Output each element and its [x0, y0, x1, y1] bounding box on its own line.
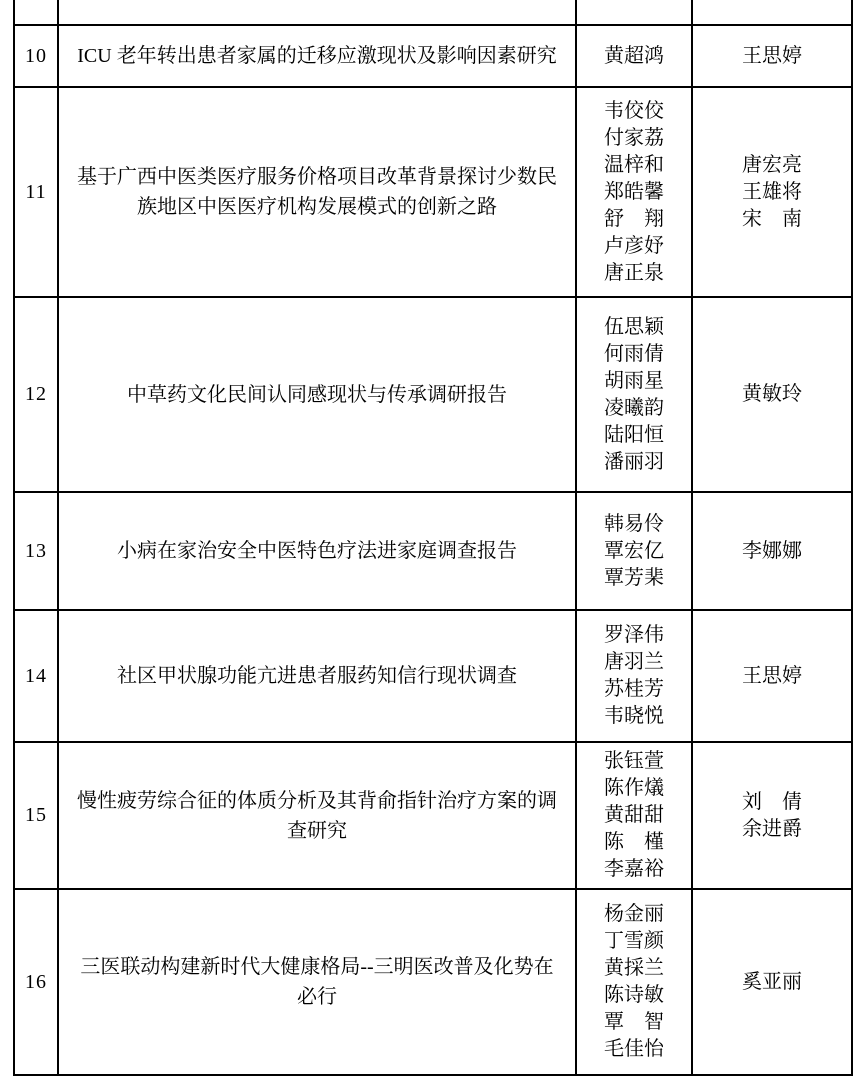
- row-number: 16: [25, 971, 47, 993]
- name-line: 王思婷: [693, 663, 851, 690]
- members-cell: 张钰萱陈作燨黄甜甜陈 槿李嘉裕: [576, 742, 692, 889]
- name-line: 奚亚丽: [693, 969, 851, 996]
- table-row: 16 三医联动构建新时代大健康格局--三明医改普及化势在必行 杨金丽丁雪颜黄採兰…: [14, 889, 852, 1075]
- name-line: 舒 翔: [577, 206, 691, 233]
- name-line: 苏桂芳: [577, 676, 691, 703]
- advisor-names: 李娜娜: [693, 538, 851, 565]
- name-line: 李嘉裕: [577, 856, 691, 883]
- table-row: 13 小病在家治安全中医特色疗法进家庭调查报告 韩易伶覃宏亿覃芳棐 李娜娜: [14, 492, 852, 610]
- name-line: 黄敏玲: [693, 381, 851, 408]
- member-names: 杨金丽丁雪颜黄採兰陈诗敏覃 智毛佳怡: [577, 901, 691, 1063]
- name-line: 唐羽兰: [577, 649, 691, 676]
- advisor-names: 唐宏亮王雄将宋 南: [693, 152, 851, 233]
- name-line: 陈作燨: [577, 775, 691, 802]
- name-line: 覃 智: [577, 1009, 691, 1036]
- title-cell: 小病在家治安全中医特色疗法进家庭调查报告: [58, 492, 576, 610]
- title-cell: 基于广西中医类医疗服务价格项目改革背景探讨少数民族地区中医医疗机构发展模式的创新…: [58, 87, 576, 297]
- name-line: 罗泽伟: [577, 622, 691, 649]
- table-row: 10 ICU 老年转出患者家属的迁移应激现状及影响因素研究 黄超鸿 王思婷: [14, 25, 852, 87]
- members-cell: 韦佼佼付家荔温梓和郑皓馨舒 翔卢彦妤唐正泉: [576, 87, 692, 297]
- table-row: 14 社区甲状腺功能亢进患者服药知信行现状调查 罗泽伟唐羽兰苏桂芳韦晓悦 王思婷: [14, 610, 852, 742]
- name-line: 韦佼佼: [577, 98, 691, 125]
- name-line: 凌曦韵: [577, 395, 691, 422]
- row-number-cell: 11: [14, 87, 58, 297]
- name-line: 伍思颖: [577, 314, 691, 341]
- name-line: 宋 南: [693, 206, 851, 233]
- row-number: 15: [25, 804, 47, 826]
- name-line: 王雄将: [693, 179, 851, 206]
- members-cell: 韩易伶覃宏亿覃芳棐: [576, 492, 692, 610]
- name-line: 何雨倩: [577, 341, 691, 368]
- member-names: 韩易伶覃宏亿覃芳棐: [577, 511, 691, 592]
- member-names: 黄超鸿: [577, 43, 691, 70]
- advisor-cell: 李娜娜: [692, 492, 852, 610]
- row-number: 14: [25, 665, 47, 687]
- name-line: 付家荔: [577, 125, 691, 152]
- advisor-cell: 唐宏亮王雄将宋 南: [692, 87, 852, 297]
- name-line: 刘 倩: [693, 789, 851, 816]
- advisor-cell: 黄敏玲: [692, 297, 852, 492]
- project-title: 慢性疲劳综合征的体质分析及其背俞指针治疗方案的调查研究: [59, 784, 575, 848]
- row-number-cell: 12: [14, 297, 58, 492]
- advisor-names: 奚亚丽: [693, 969, 851, 996]
- name-line: 覃宏亿: [577, 538, 691, 565]
- members-cell: 罗泽伟唐羽兰苏桂芳韦晓悦: [576, 610, 692, 742]
- table-row: 12 中草药文化民间认同感现状与传承调研报告 伍思颖何雨倩胡雨星凌曦韵陆阳恒潘丽…: [14, 297, 852, 492]
- row-number: 10: [25, 45, 47, 67]
- document-page: 10 ICU 老年转出患者家属的迁移应激现状及影响因素研究 黄超鸿 王思婷 11…: [0, 0, 857, 1081]
- member-names: 韦佼佼付家荔温梓和郑皓馨舒 翔卢彦妤唐正泉: [577, 98, 691, 287]
- name-line: 黄甜甜: [577, 802, 691, 829]
- name-line: 唐正泉: [577, 260, 691, 287]
- title-cell: 中草药文化民间认同感现状与传承调研报告: [58, 297, 576, 492]
- advisor-cell: 刘 倩余进爵: [692, 742, 852, 889]
- name-line: 唐宏亮: [693, 152, 851, 179]
- name-line: 黄超鸿: [577, 43, 691, 70]
- project-title: 中草药文化民间认同感现状与传承调研报告: [59, 378, 575, 412]
- name-line: 韩易伶: [577, 511, 691, 538]
- projects-table: 10 ICU 老年转出患者家属的迁移应激现状及影响因素研究 黄超鸿 王思婷 11…: [13, 0, 853, 1076]
- advisor-names: 王思婷: [693, 43, 851, 70]
- member-names: 张钰萱陈作燨黄甜甜陈 槿李嘉裕: [577, 748, 691, 883]
- members-cell: 黄超鸿: [576, 25, 692, 87]
- name-line: 余进爵: [693, 816, 851, 843]
- name-line: 王思婷: [693, 43, 851, 70]
- advisor-names: 黄敏玲: [693, 381, 851, 408]
- project-title: 小病在家治安全中医特色疗法进家庭调查报告: [59, 534, 575, 568]
- row-number: 11: [25, 181, 46, 203]
- members-cell: 伍思颖何雨倩胡雨星凌曦韵陆阳恒潘丽羽: [576, 297, 692, 492]
- title-cell: [58, 0, 576, 25]
- advisor-cell: 奚亚丽: [692, 889, 852, 1075]
- table-row-partial: [14, 0, 852, 25]
- row-number-cell: 13: [14, 492, 58, 610]
- member-names: 伍思颖何雨倩胡雨星凌曦韵陆阳恒潘丽羽: [577, 314, 691, 476]
- title-cell: ICU 老年转出患者家属的迁移应激现状及影响因素研究: [58, 25, 576, 87]
- title-cell: 三医联动构建新时代大健康格局--三明医改普及化势在必行: [58, 889, 576, 1075]
- project-title: [59, 10, 575, 14]
- advisor-names: 王思婷: [693, 663, 851, 690]
- name-line: 陈 槿: [577, 829, 691, 856]
- member-names: 罗泽伟唐羽兰苏桂芳韦晓悦: [577, 622, 691, 730]
- row-number: 12: [25, 383, 47, 405]
- members-cell: [576, 0, 692, 25]
- title-cell: 社区甲状腺功能亢进患者服药知信行现状调查: [58, 610, 576, 742]
- advisor-names: 刘 倩余进爵: [693, 789, 851, 843]
- name-line: 韦晓悦: [577, 703, 691, 730]
- name-line: 丁雪颜: [577, 928, 691, 955]
- name-line: 卢彦妤: [577, 233, 691, 260]
- title-cell: 慢性疲劳综合征的体质分析及其背俞指针治疗方案的调查研究: [58, 742, 576, 889]
- row-number-cell: 14: [14, 610, 58, 742]
- row-number: 13: [25, 540, 47, 562]
- name-line: 胡雨星: [577, 368, 691, 395]
- project-title: 社区甲状腺功能亢进患者服药知信行现状调查: [59, 659, 575, 693]
- name-line: 陈诗敏: [577, 982, 691, 1009]
- advisor-cell: 王思婷: [692, 25, 852, 87]
- name-line: 黄採兰: [577, 955, 691, 982]
- name-line: 毛佳怡: [577, 1036, 691, 1063]
- row-number-cell: 16: [14, 889, 58, 1075]
- table-row: 11 基于广西中医类医疗服务价格项目改革背景探讨少数民族地区中医医疗机构发展模式…: [14, 87, 852, 297]
- project-title: 基于广西中医类医疗服务价格项目改革背景探讨少数民族地区中医医疗机构发展模式的创新…: [59, 160, 575, 224]
- advisor-cell: [692, 0, 852, 25]
- name-line: 覃芳棐: [577, 565, 691, 592]
- members-cell: 杨金丽丁雪颜黄採兰陈诗敏覃 智毛佳怡: [576, 889, 692, 1075]
- advisor-cell: 王思婷: [692, 610, 852, 742]
- name-line: 李娜娜: [693, 538, 851, 565]
- row-number-cell: [14, 0, 58, 25]
- row-number-cell: 15: [14, 742, 58, 889]
- name-line: 温梓和: [577, 152, 691, 179]
- project-title: 三医联动构建新时代大健康格局--三明医改普及化势在必行: [59, 950, 575, 1014]
- row-number-cell: 10: [14, 25, 58, 87]
- name-line: 潘丽羽: [577, 449, 691, 476]
- project-title: ICU 老年转出患者家属的迁移应激现状及影响因素研究: [59, 39, 575, 73]
- name-line: 杨金丽: [577, 901, 691, 928]
- name-line: 陆阳恒: [577, 422, 691, 449]
- table-row: 15 慢性疲劳综合征的体质分析及其背俞指针治疗方案的调查研究 张钰萱陈作燨黄甜甜…: [14, 742, 852, 889]
- name-line: 郑皓馨: [577, 179, 691, 206]
- name-line: 张钰萱: [577, 748, 691, 775]
